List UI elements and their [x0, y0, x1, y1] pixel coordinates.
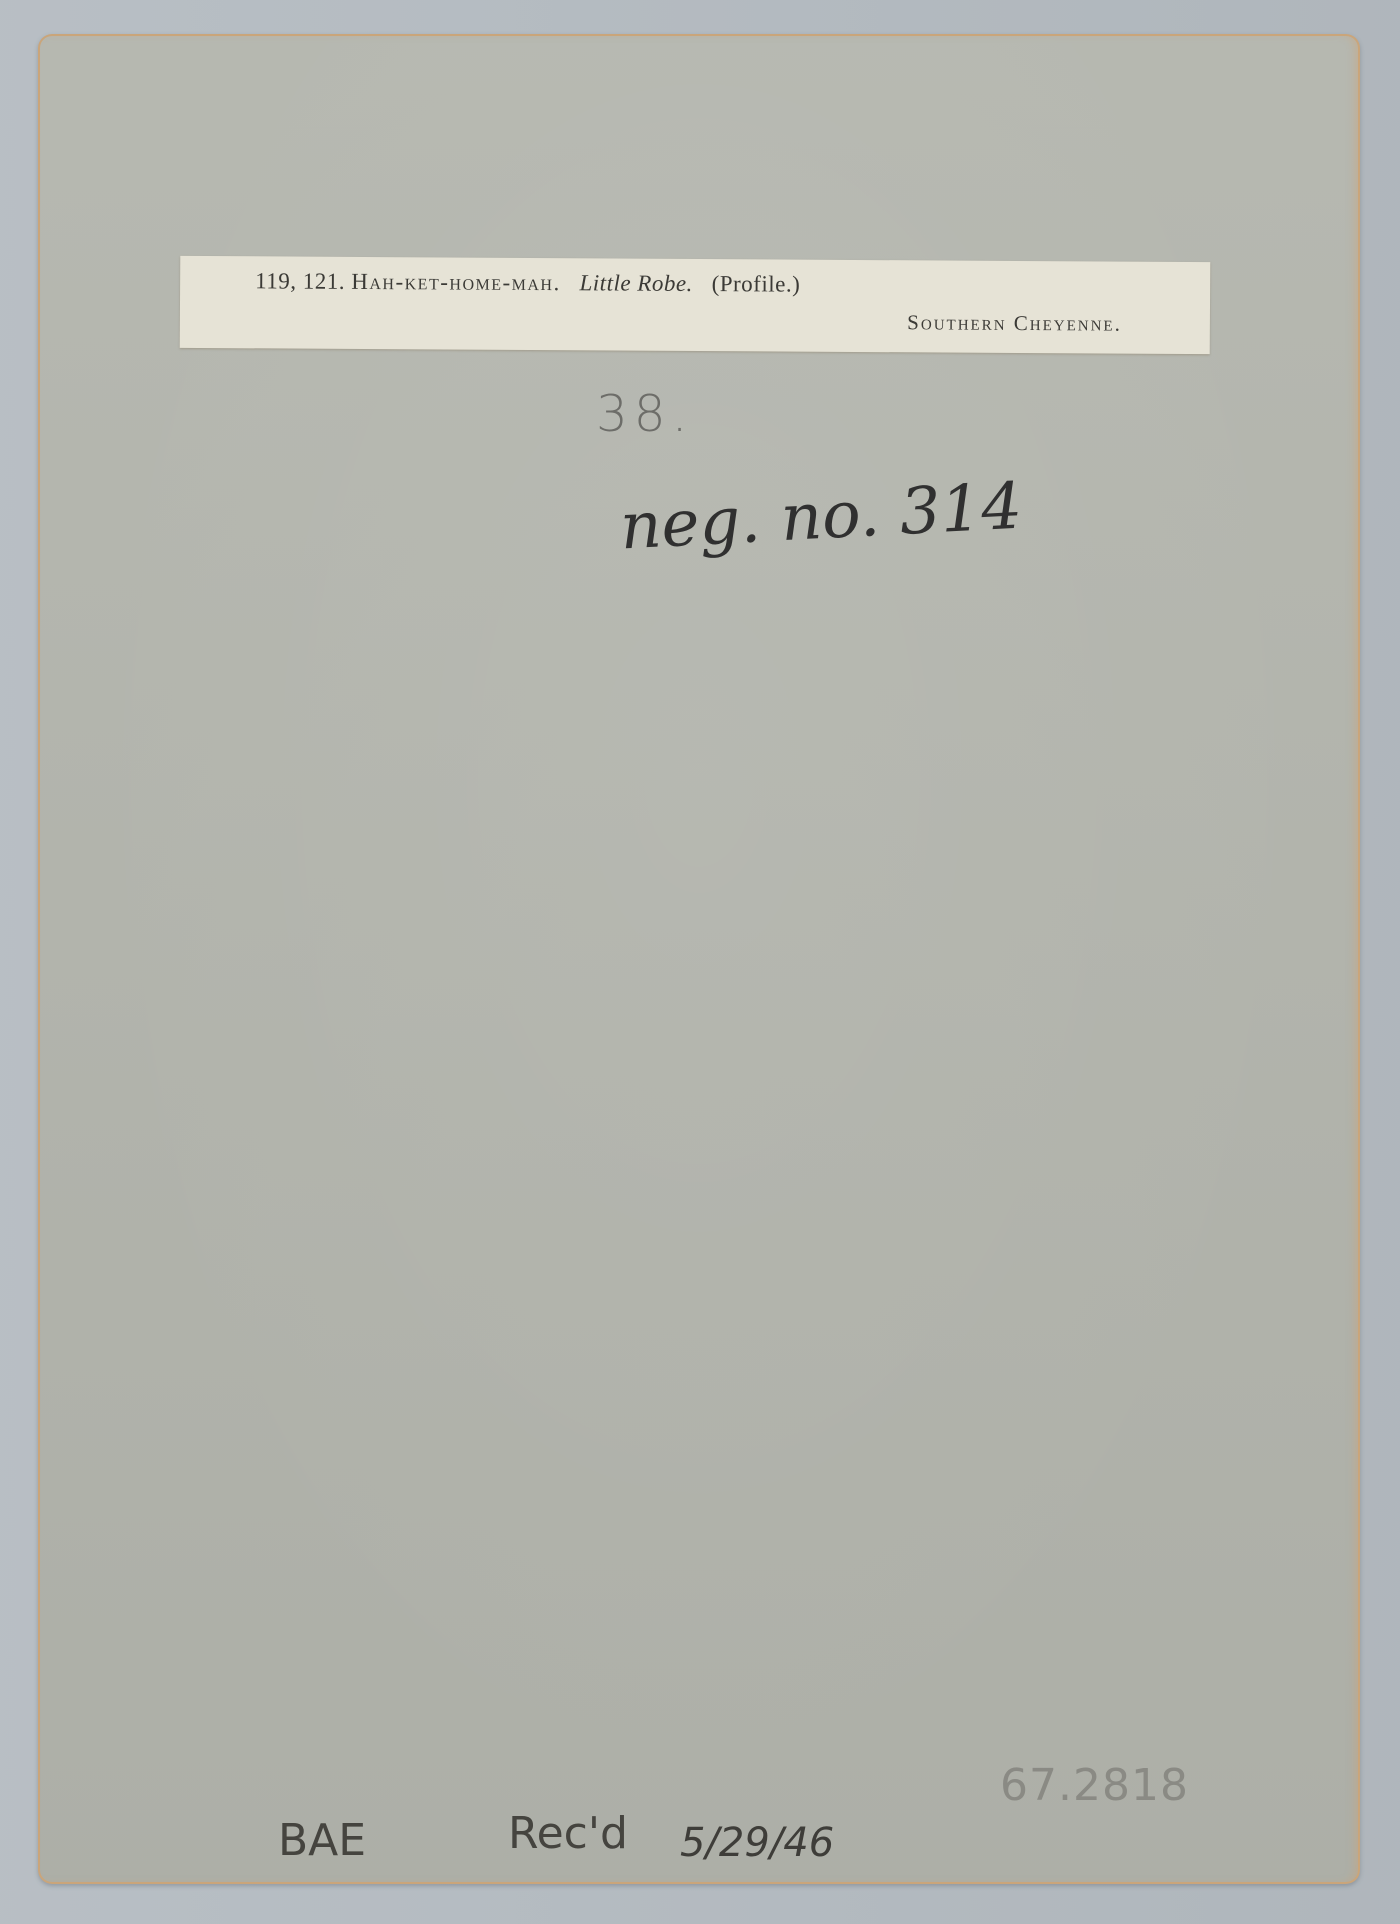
printed-label-strip: 119, 121. Hah-ket-home-mah. Little Robe.… [180, 256, 1211, 354]
label-english-name: Little Robe. [579, 270, 692, 296]
handwritten-number: 38. [596, 385, 694, 443]
label-tribe: Southern Cheyenne. [907, 310, 1122, 336]
label-numbers: 119, 121. [255, 268, 345, 294]
mount-card: 119, 121. Hah-ket-home-mah. Little Robe.… [38, 34, 1360, 1884]
handwritten-accession-number: 67.2818 [1000, 1760, 1189, 1811]
handwritten-received: Rec'd [508, 1808, 628, 1859]
label-note: (Profile.) [712, 271, 801, 297]
label-native-name: Hah-ket-home-mah. [351, 269, 561, 295]
handwritten-date: 5/29/46 [680, 1820, 834, 1866]
label-line-1: 119, 121. Hah-ket-home-mah. Little Robe.… [255, 268, 800, 297]
handwritten-bae: BAE [278, 1815, 366, 1866]
